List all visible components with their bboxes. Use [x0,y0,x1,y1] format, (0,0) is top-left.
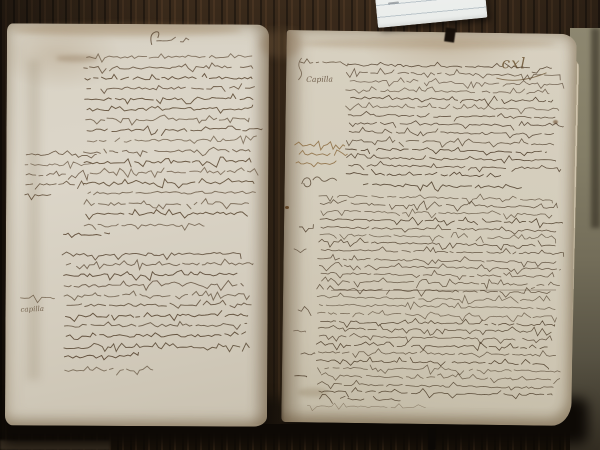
gutter-crease [281,30,283,422]
gutter-shadow [250,26,304,424]
right-page [281,30,576,426]
side-bench-shadow [591,28,600,228]
manuscript-photo: capilla cxl Capilla [0,0,600,450]
left-page [5,23,269,426]
card-edge-shadow-notch [444,27,456,42]
table-board-gap [428,428,436,450]
